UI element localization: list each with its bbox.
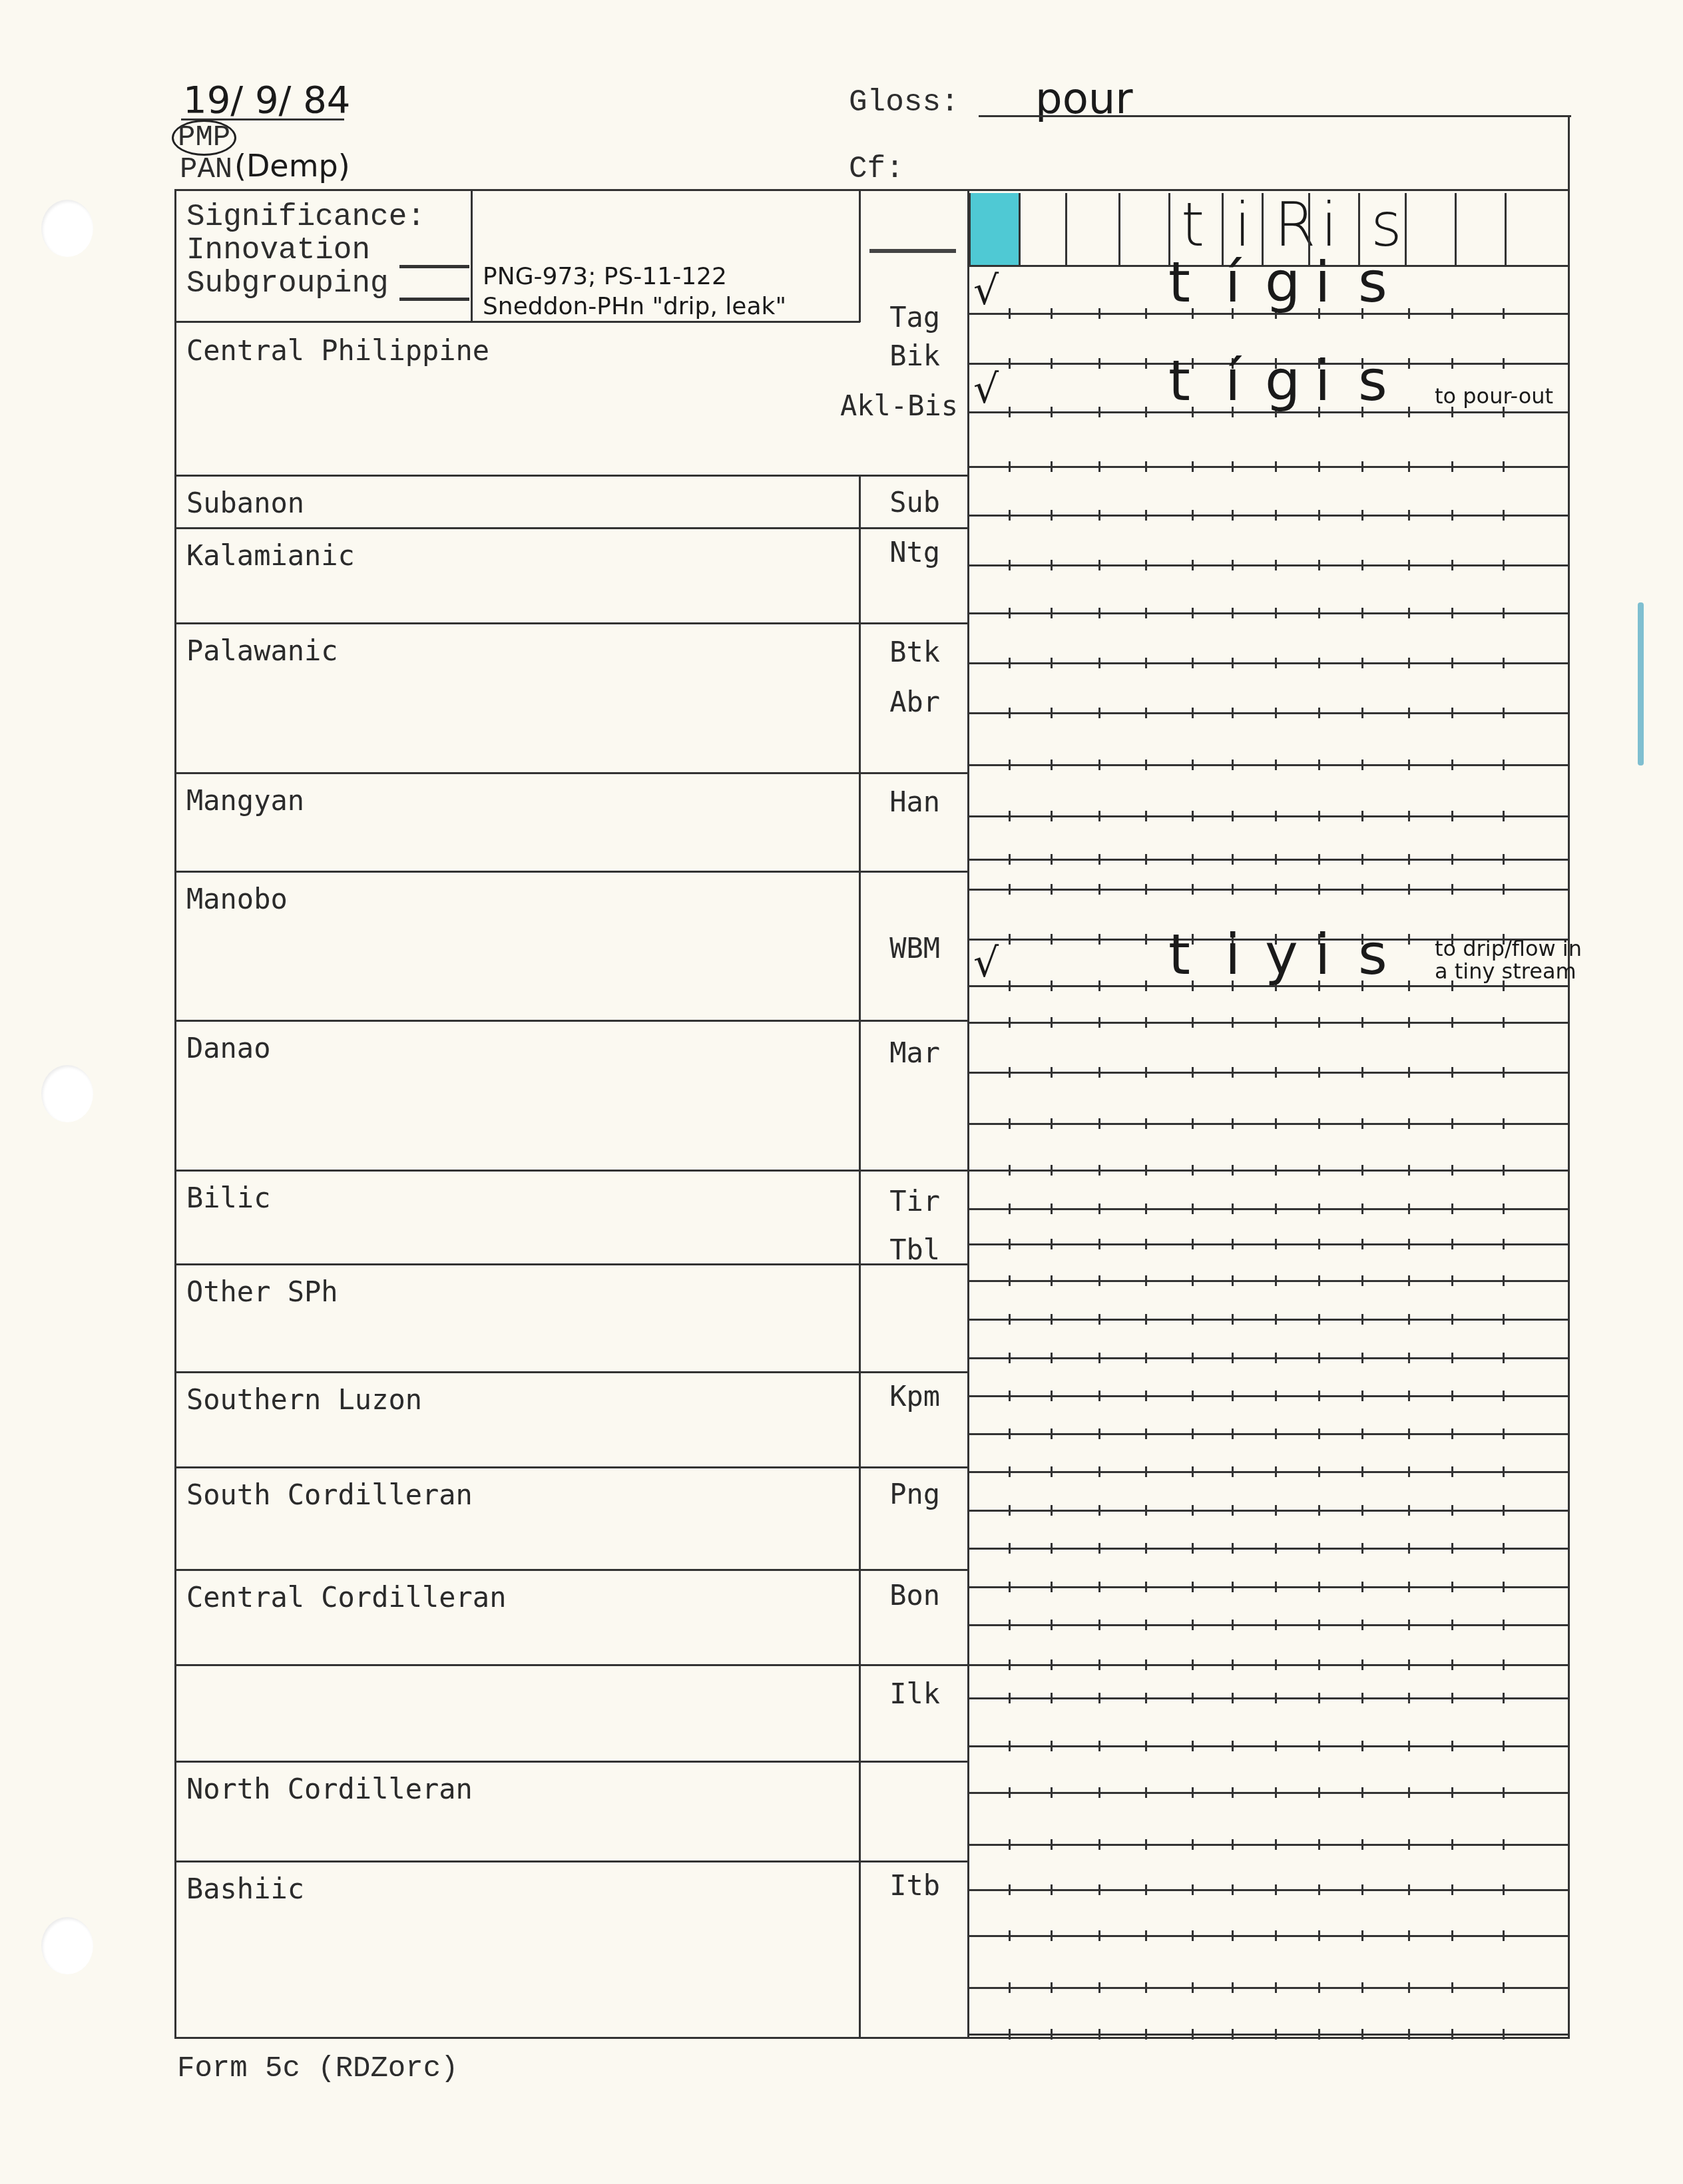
- grid-line: [969, 1844, 1569, 1846]
- grid-tick: [1318, 1982, 1320, 1993]
- grid-tick: [1009, 358, 1011, 369]
- grid-tick: [1009, 1787, 1011, 1798]
- grid-tick: [1192, 884, 1194, 895]
- grid-tick: [1009, 708, 1011, 718]
- subgrouping-label: Subgrouping: [186, 266, 389, 301]
- subgroup-name: Palawanic: [186, 634, 338, 667]
- grid-tick: [1275, 1275, 1277, 1286]
- grid-tick: [1275, 708, 1277, 718]
- grid-tick: [1361, 884, 1363, 895]
- grid-tick: [1192, 760, 1194, 770]
- reconstruction-cell: [1065, 193, 1118, 266]
- grid-tick: [1451, 884, 1453, 895]
- grid-tick: [1051, 407, 1053, 417]
- language-code: Kpm: [840, 1380, 940, 1413]
- grid-tick: [1145, 1982, 1147, 1993]
- grid-tick: [1192, 708, 1194, 718]
- grid-tick: [1503, 1428, 1505, 1439]
- cognate-form-letter: s: [1358, 348, 1387, 413]
- grid-tick: [1408, 1239, 1410, 1249]
- grid-tick: [1408, 934, 1410, 945]
- grid-tick: [1051, 1787, 1053, 1798]
- cognate-form-letter: y: [1265, 922, 1298, 987]
- grid-tick: [1192, 1118, 1194, 1129]
- grid-tick: [1192, 1741, 1194, 1751]
- grid-tick: [1145, 308, 1147, 319]
- grid-tick: [1098, 1620, 1100, 1630]
- grid-tick: [1361, 1620, 1363, 1630]
- group-divider: [174, 772, 969, 774]
- grid-tick: [1275, 811, 1277, 821]
- cognate-form-letter: t: [1168, 922, 1190, 987]
- grid-tick: [1361, 1203, 1363, 1214]
- grid-tick: [1275, 1391, 1277, 1401]
- grid-tick: [1232, 1275, 1234, 1286]
- grid-tick: [1451, 1239, 1453, 1249]
- grid-tick: [1009, 1659, 1011, 1670]
- reconstruction-cell: [1118, 193, 1168, 266]
- cognate-form-letter: í: [1225, 348, 1240, 413]
- grid-line: [969, 815, 1569, 817]
- grid-tick: [1232, 1930, 1234, 1941]
- grid-tick: [1275, 1543, 1277, 1554]
- grid-tick: [1451, 1659, 1453, 1670]
- grid-line: [969, 764, 1569, 766]
- grid-tick: [1318, 1505, 1320, 1516]
- grid-tick: [1145, 461, 1147, 472]
- cognate-form-letter: i: [1315, 922, 1330, 987]
- grid-tick: [1451, 1839, 1453, 1850]
- blue-pencil-mark: [1638, 602, 1644, 765]
- grid-tick: [1009, 407, 1011, 417]
- grid-tick: [1232, 854, 1234, 865]
- grid-tick: [1361, 1466, 1363, 1477]
- cognate-checkmark: √: [973, 366, 999, 413]
- grid-tick: [1098, 1275, 1100, 1286]
- grid-tick: [1009, 1017, 1011, 1028]
- innovation-blank[interactable]: [399, 265, 469, 268]
- grid-tick: [1503, 358, 1505, 369]
- grid-tick: [1451, 1428, 1453, 1439]
- grid-tick: [1009, 1391, 1011, 1401]
- grid-tick: [1275, 510, 1277, 521]
- grid-tick: [1009, 1067, 1011, 1078]
- grid-tick: [1318, 1620, 1320, 1630]
- grid-tick: [1232, 658, 1234, 668]
- grid-line: [969, 1433, 1569, 1435]
- grid-tick: [1145, 981, 1147, 991]
- reconstruction-cell-highlighted: [969, 193, 1019, 266]
- grid-tick: [1009, 1239, 1011, 1249]
- grid-tick: [1361, 708, 1363, 718]
- grid-tick: [1451, 1693, 1453, 1703]
- grid-tick: [1145, 1391, 1147, 1401]
- grid-tick: [1275, 1466, 1277, 1477]
- grid-tick: [1503, 1275, 1505, 1286]
- grid-tick: [1503, 1582, 1505, 1592]
- grid-tick: [1098, 708, 1100, 718]
- grid-tick: [1361, 1428, 1363, 1439]
- grid-tick: [1145, 1884, 1147, 1895]
- grid-tick: [1232, 1787, 1234, 1798]
- grid-tick: [1051, 560, 1053, 570]
- grid-tick: [1318, 884, 1320, 895]
- grid-tick: [1275, 1017, 1277, 1028]
- grid-tick: [1275, 884, 1277, 895]
- grid-tick: [1098, 854, 1100, 865]
- grid-tick: [1503, 1165, 1505, 1176]
- grid-tick: [1408, 1930, 1410, 1941]
- grid-tick: [1318, 1693, 1320, 1703]
- language-code: Sub: [840, 486, 940, 519]
- group-divider: [174, 475, 969, 477]
- grid-tick: [1503, 708, 1505, 718]
- grid-line: [969, 662, 1569, 664]
- grid-tick: [1232, 1693, 1234, 1703]
- grid-tick: [1232, 1839, 1234, 1850]
- grid-tick: [1051, 358, 1053, 369]
- grid-tick: [1145, 608, 1147, 618]
- language-code: Tir: [840, 1185, 940, 1217]
- form-label: Form 5c (RDZorc): [177, 2052, 458, 2085]
- grid-tick: [1098, 608, 1100, 618]
- grid-tick: [1451, 708, 1453, 718]
- grid-tick: [1009, 461, 1011, 472]
- grid-tick: [1318, 1582, 1320, 1592]
- form-bottom-line: [174, 2037, 1570, 2039]
- grid-tick: [1275, 1839, 1277, 1850]
- grid-tick: [1098, 1659, 1100, 1670]
- grid-tick: [1503, 608, 1505, 618]
- grid-tick: [1318, 1466, 1320, 1477]
- references-line-2: Sneddon-PHn "drip, leak": [483, 293, 786, 320]
- grid-tick: [1503, 1741, 1505, 1751]
- grid-tick: [1192, 1659, 1194, 1670]
- group-divider: [174, 1020, 969, 1022]
- grid-tick: [1192, 1017, 1194, 1028]
- grid-tick: [1192, 1067, 1194, 1078]
- language-code: Mar: [840, 1036, 940, 1069]
- grid-line: [969, 1072, 1569, 1074]
- grid-line: [969, 1357, 1569, 1359]
- grid-tick: [1232, 1017, 1234, 1028]
- grid-line: [969, 466, 1569, 468]
- grid-tick: [1275, 1930, 1277, 1941]
- grid-tick: [1275, 760, 1277, 770]
- language-code: Bik: [840, 339, 940, 372]
- grid-tick: [1051, 308, 1053, 319]
- grid-tick: [1275, 1314, 1277, 1325]
- grid-line: [969, 1624, 1569, 1626]
- grid-tick: [1051, 1839, 1053, 1850]
- language-code: WBM: [840, 932, 940, 965]
- grid-line: [969, 1243, 1569, 1245]
- grid-tick: [1408, 760, 1410, 770]
- grid-line: [969, 1319, 1569, 1321]
- subgroup-name: North Cordilleran: [186, 1773, 473, 1805]
- grid-tick: [1051, 1017, 1053, 1028]
- grid-tick: [1051, 1659, 1053, 1670]
- cognate-checkmark: √: [973, 268, 999, 314]
- grid-tick: [1275, 854, 1277, 865]
- grid-tick: [1009, 1982, 1011, 1993]
- grid-tick: [1051, 1203, 1053, 1214]
- significance-divider: [471, 189, 473, 322]
- grid-tick: [1361, 608, 1363, 618]
- grid-tick: [1451, 510, 1453, 521]
- grid-tick: [1009, 1353, 1011, 1363]
- grid-tick: [1098, 1466, 1100, 1477]
- significance-bottom-line: [174, 321, 860, 323]
- cognate-checkmark: √: [973, 940, 999, 986]
- grid-tick: [1318, 1275, 1320, 1286]
- grid-tick: [1192, 1505, 1194, 1516]
- cognate-form-letter: s: [1358, 250, 1387, 315]
- grid-tick: [1009, 1839, 1011, 1850]
- grid-tick: [1051, 854, 1053, 865]
- language-code: Abr: [840, 686, 940, 718]
- grid-tick: [1361, 461, 1363, 472]
- subgroup-name: Bashiic: [186, 1872, 304, 1905]
- grid-tick: [1192, 1930, 1194, 1941]
- pmp-text: PMP: [178, 121, 230, 154]
- grid-tick: [1009, 1884, 1011, 1895]
- grid-tick: [1098, 407, 1100, 417]
- cognate-form-letter: g: [1265, 250, 1300, 315]
- grid-tick: [1451, 560, 1453, 570]
- grid-tick: [1275, 1620, 1277, 1630]
- grid-tick: [1318, 1543, 1320, 1554]
- grid-tick: [1408, 1165, 1410, 1176]
- grid-tick: [1192, 1275, 1194, 1286]
- grid-tick: [1408, 884, 1410, 895]
- grid-tick: [1009, 1118, 1011, 1129]
- grid-tick: [1098, 1582, 1100, 1592]
- grid-tick: [1361, 1165, 1363, 1176]
- grid-tick: [1098, 1314, 1100, 1325]
- grid-tick: [1408, 1118, 1410, 1129]
- grid-tick: [1192, 1466, 1194, 1477]
- grid-tick: [1232, 1118, 1234, 1129]
- grid-tick: [1361, 760, 1363, 770]
- grid-tick: [1192, 1239, 1194, 1249]
- grid-tick: [1192, 358, 1194, 369]
- grid-line: [969, 564, 1569, 566]
- subgrouping-blank[interactable]: [399, 298, 469, 301]
- grid-tick: [1009, 1543, 1011, 1554]
- grid-tick: [1098, 1930, 1100, 1941]
- grid-tick: [1408, 1787, 1410, 1798]
- grid-tick: [1408, 981, 1410, 991]
- grid-tick: [1503, 658, 1505, 668]
- grid-tick: [1451, 1582, 1453, 1592]
- reconstruction-cell: [1505, 193, 1569, 266]
- grid-tick: [1408, 358, 1410, 369]
- grid-line: [969, 1935, 1569, 1937]
- subgroup-name: Bilic: [186, 1182, 270, 1214]
- grid-tick: [1232, 1884, 1234, 1895]
- grid-tick: [1051, 1165, 1053, 1176]
- grid-tick: [1361, 1275, 1363, 1286]
- language-code: Itb: [840, 1869, 940, 1902]
- grid-tick: [1451, 1787, 1453, 1798]
- grid-tick: [1051, 1930, 1053, 1941]
- grid-tick: [1318, 708, 1320, 718]
- grid-tick: [1232, 608, 1234, 618]
- grid-tick: [1275, 1203, 1277, 1214]
- grid-tick: [1318, 1884, 1320, 1895]
- grid-line: [969, 859, 1569, 861]
- grid-tick: [1145, 1428, 1147, 1439]
- grid-tick: [1451, 658, 1453, 668]
- grid-tick: [1503, 1118, 1505, 1129]
- grid-tick: [1451, 1017, 1453, 1028]
- grid-tick: [1051, 1067, 1053, 1078]
- grid-tick: [1503, 1693, 1505, 1703]
- grid-tick: [1098, 981, 1100, 991]
- grid-tick: [1232, 1428, 1234, 1439]
- subgroup-name: Mangyan: [186, 784, 304, 817]
- grid-tick: [1192, 1428, 1194, 1439]
- grid-tick: [1098, 358, 1100, 369]
- grid-tick: [1051, 1275, 1053, 1286]
- grid-tick: [1145, 1582, 1147, 1592]
- grid-tick: [1098, 760, 1100, 770]
- grid-tick: [1408, 1017, 1410, 1028]
- grid-tick: [1451, 1275, 1453, 1286]
- grid-tick: [1275, 1067, 1277, 1078]
- grid-tick: [1503, 811, 1505, 821]
- grid-line: [969, 1586, 1569, 1588]
- grid-tick: [1503, 560, 1505, 570]
- grid-tick: [1408, 1428, 1410, 1439]
- grid-tick: [1408, 1693, 1410, 1703]
- gloss-label: Gloss:: [849, 85, 959, 120]
- grid-tick: [1408, 1505, 1410, 1516]
- grid-tick: [1009, 1930, 1011, 1941]
- grid-tick: [1451, 1505, 1453, 1516]
- grid-line: [969, 1697, 1569, 1699]
- group-divider: [174, 622, 969, 624]
- grid-tick: [1192, 1982, 1194, 1993]
- group-divider: [174, 1664, 969, 1666]
- reconstruction-cell: [1019, 193, 1065, 266]
- grid-tick: [1318, 1203, 1320, 1214]
- grid-tick: [1192, 608, 1194, 618]
- cognate-gloss-note: to pour-out: [1435, 385, 1553, 407]
- grid-tick: [1318, 658, 1320, 668]
- grid-tick: [1192, 1314, 1194, 1325]
- grid-line: [969, 1170, 1569, 1172]
- grid-tick: [1192, 1839, 1194, 1850]
- grid-tick: [1361, 1391, 1363, 1401]
- grid-tick: [1361, 1659, 1363, 1670]
- grid-tick: [1051, 708, 1053, 718]
- grid-tick: [1503, 1353, 1505, 1363]
- grid-tick: [1145, 1505, 1147, 1516]
- grid-tick: [1451, 1620, 1453, 1630]
- subgroup-name: Other SPh: [186, 1275, 338, 1308]
- date-annotation: 19/ 9/ 84: [183, 79, 350, 122]
- grid-tick: [1232, 1353, 1234, 1363]
- grid-tick: [1361, 1543, 1363, 1554]
- group-divider: [174, 1263, 969, 1265]
- grid-tick: [1232, 884, 1234, 895]
- grid-tick: [1275, 1659, 1277, 1670]
- grid-tick: [1408, 1884, 1410, 1895]
- grid-tick: [1098, 1741, 1100, 1751]
- grid-tick: [1051, 1239, 1053, 1249]
- grid-tick: [1451, 811, 1453, 821]
- grid-tick: [1232, 1582, 1234, 1592]
- grid-tick: [1098, 1693, 1100, 1703]
- grid-tick: [1192, 1391, 1194, 1401]
- language-code: Ilk: [840, 1677, 940, 1710]
- subgroup-name: Central Philippine: [186, 334, 489, 367]
- grid-tick: [1051, 1982, 1053, 1993]
- grid-tick: [1145, 1017, 1147, 1028]
- grid-tick: [1098, 1543, 1100, 1554]
- grid-tick: [1009, 510, 1011, 521]
- grid-tick: [1009, 658, 1011, 668]
- grid-tick: [1051, 1391, 1053, 1401]
- group-divider: [174, 1466, 969, 1468]
- grid-tick: [1192, 981, 1194, 991]
- cognate-form-letter: t: [1168, 348, 1190, 413]
- grid-tick: [1318, 1741, 1320, 1751]
- grid-line: [969, 1987, 1569, 1989]
- grid-tick: [1145, 854, 1147, 865]
- grid-tick: [1275, 1353, 1277, 1363]
- grid-tick: [1192, 510, 1194, 521]
- grid-tick: [1232, 811, 1234, 821]
- grid-tick: [1192, 1543, 1194, 1554]
- grid-tick: [1232, 1982, 1234, 1993]
- grid-tick: [1192, 1884, 1194, 1895]
- grid-tick: [1009, 1428, 1011, 1439]
- grid-line: [969, 1208, 1569, 1210]
- subgroup-name: Southern Luzon: [186, 1383, 422, 1416]
- group-divider: [174, 1569, 969, 1571]
- grid-line: [969, 515, 1569, 517]
- cognate-form-letter: i: [1315, 250, 1330, 315]
- cognate-form-letter: i: [1225, 922, 1240, 987]
- grid-tick: [1145, 1466, 1147, 1477]
- grid-tick: [1145, 1239, 1147, 1249]
- grid-tick: [1098, 1067, 1100, 1078]
- grid-tick: [1503, 308, 1505, 319]
- grid-tick: [1098, 658, 1100, 668]
- grid-tick: [1051, 1466, 1053, 1477]
- grid-tick: [1051, 658, 1053, 668]
- group-divider: [174, 1371, 969, 1373]
- grid-tick: [1451, 1930, 1453, 1941]
- grid-tick: [1192, 1582, 1194, 1592]
- grid-tick: [1408, 1582, 1410, 1592]
- grid-tick: [1361, 510, 1363, 521]
- grid-tick: [1098, 1203, 1100, 1214]
- innovation-label: Innovation: [186, 233, 370, 268]
- grid-tick: [1408, 1353, 1410, 1363]
- grid-tick: [1503, 760, 1505, 770]
- grid-line: [969, 1664, 1569, 1666]
- language-code: Btk: [840, 636, 940, 668]
- grid-tick: [1503, 1391, 1505, 1401]
- grid-tick: [1098, 1353, 1100, 1363]
- grid-tick: [1009, 1275, 1011, 1286]
- grid-tick: [1098, 560, 1100, 570]
- grid-tick: [1361, 658, 1363, 668]
